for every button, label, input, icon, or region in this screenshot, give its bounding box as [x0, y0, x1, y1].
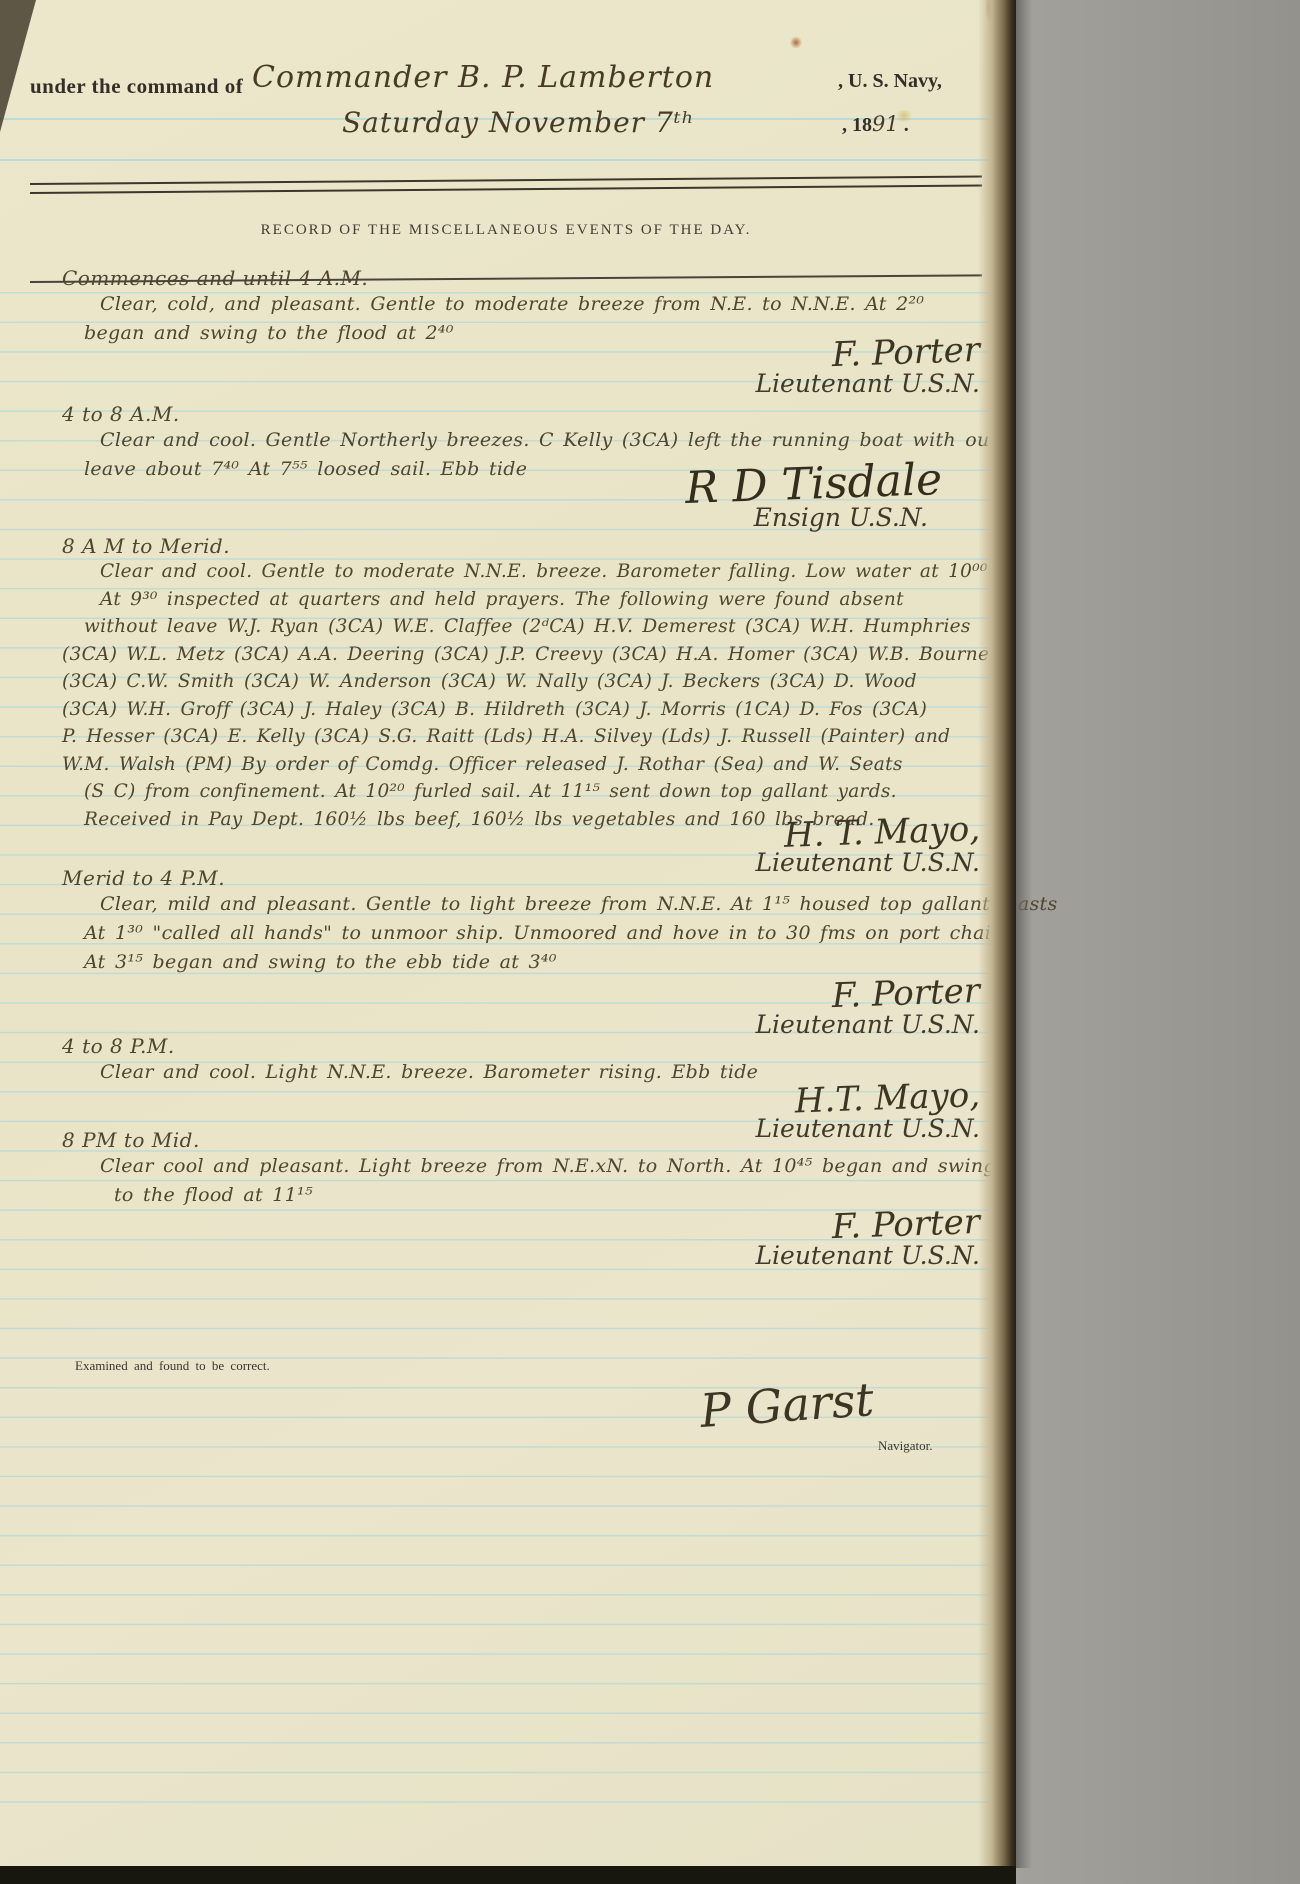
binding-shadow: [1016, 0, 1032, 1868]
us-navy-label: , U. S. Navy,: [838, 70, 942, 93]
entry-line: At 9³⁰ inspected at quarters and held pr…: [100, 586, 1002, 614]
navigator-label: Navigator.: [878, 1438, 933, 1454]
entry-8am-to-merid: 8 A M to Merid. Clear and cool. Gentle t…: [62, 534, 1002, 879]
entry-line: (S C) from confinement. At 10²⁰ furled s…: [84, 778, 1002, 806]
signature-block: F. Porter Lieutenant U.S.N.: [62, 973, 1002, 1041]
entry-line: W.M. Walsh (PM) By order of Comdg. Offic…: [62, 751, 1002, 779]
entry-line: (3CA) C.W. Smith (3CA) W. Anderson (3CA)…: [62, 668, 1002, 696]
entry-line: Clear and cool. Gentle to moderate N.N.E…: [100, 558, 1002, 586]
logbook-page: under the command of Commander B. P. Lam…: [0, 0, 1016, 1868]
page-corner-shadow: [0, 0, 36, 132]
signature-block: F. Porter Lieutenant U.S.N.: [62, 1204, 1002, 1272]
entry-line: (3CA) W.L. Metz (3CA) A.A. Deering (3CA)…: [62, 641, 1002, 669]
entry-heading: 4 to 8 P.M.: [62, 1034, 1002, 1058]
entry-line: without leave W.J. Ryan (3CA) W.E. Claff…: [84, 613, 1002, 641]
entry-line: Clear, mild and pleasant. Gentle to ligh…: [100, 890, 1002, 919]
entry-line: Clear cool and pleasant. Light breeze fr…: [100, 1152, 1002, 1181]
entry-heading: Merid to 4 P.M.: [62, 866, 1002, 890]
entry-merid-to-4pm: Merid to 4 P.M. Clear, mild and pleasant…: [62, 866, 1002, 1041]
entry-heading: 4 to 8 A.M.: [62, 402, 1002, 426]
entry-heading: 8 A M to Merid.: [62, 534, 1002, 558]
date-script: Saturday November 7ᵗʰ: [342, 106, 695, 139]
entry-line: (3CA) W.H. Groff (3CA) J. Haley (3CA) B.…: [62, 696, 1002, 724]
entry-line: P. Hesser (3CA) E. Kelly (3CA) S.G. Rait…: [62, 723, 1002, 751]
entry-heading: Commences and until 4 A.M.: [62, 266, 1002, 290]
entry-8pm-to-mid: 8 PM to Mid. Clear cool and pleasant. Li…: [62, 1128, 1002, 1272]
scanned-logbook-screenshot: { "header": { "command_label": "under th…: [0, 0, 1300, 1884]
commander-name-script: Commander B. P. Lamberton: [252, 60, 714, 95]
entry-heading: 8 PM to Mid.: [62, 1128, 1002, 1152]
ink-spot: [894, 110, 914, 122]
double-rule: [30, 176, 982, 194]
entry-4-to-8am: 4 to 8 A.M. Clear and cool. Gentle North…: [62, 402, 1002, 534]
ruled-line: [0, 159, 1012, 161]
bottom-scan-bar: [0, 1866, 1016, 1884]
section-title: RECORD OF THE MISCELLANEOUS EVENTS OF TH…: [30, 222, 982, 239]
entry-line: Clear, cold, and pleasant. Gentle to mod…: [100, 290, 1002, 319]
entry-line: At 1³⁰ "called all hands" to unmoor ship…: [84, 919, 1002, 948]
examined-label: Examined and found to be correct.: [75, 1358, 270, 1374]
page-right-edge: [978, 0, 1016, 1868]
entry-line: Clear and cool. Gentle Northerly breezes…: [100, 426, 1002, 455]
entry-commences-to-4am: Commences and until 4 A.M. Clear, cold, …: [62, 266, 1002, 400]
ink-spot: [790, 36, 802, 49]
year-printed-prefix: , 18: [842, 114, 872, 136]
command-of-label: under the command of: [30, 74, 243, 99]
